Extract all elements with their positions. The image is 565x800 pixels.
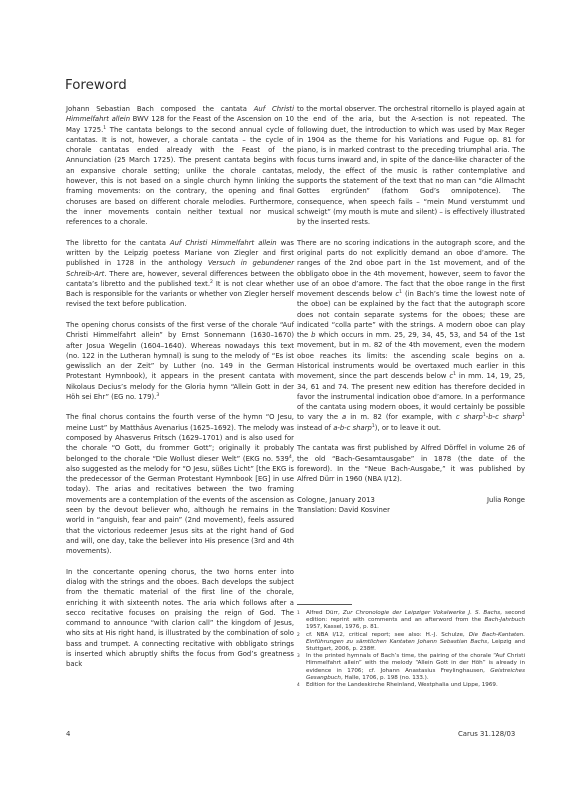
text: , Halle, 1706, p. 198 (no. 133.).: [341, 675, 429, 681]
footnote-number: 2: [297, 632, 300, 639]
text: instead of: [297, 424, 333, 432]
place-date: Cologne, January 2013: [297, 495, 375, 505]
text: in m. 82 (for example, with: [346, 413, 456, 421]
right-column: to the mortal observer. The orchestral r…: [297, 104, 525, 515]
note-name: a-b-c sharp: [333, 424, 372, 432]
text: Alfred Dürr,: [306, 610, 343, 616]
note-name: c sharp: [456, 413, 483, 421]
paragraph-mortal-observer: to the mortal observer. The orchestral r…: [297, 104, 525, 227]
author-name: Julia Ronge: [487, 495, 525, 505]
text: The cantata belongs to the second annual…: [66, 126, 294, 227]
footnote-number: 4: [297, 682, 300, 689]
note-name: -b-c sharp: [486, 413, 522, 421]
signature-line: Cologne, January 2013 Julia Ronge: [297, 495, 525, 505]
text: cf. NBA I/12, critical report; see also:…: [306, 632, 469, 638]
text: ), or to leave it out.: [375, 424, 441, 432]
text: 1957, Kassel, 1976, p. 81.: [306, 624, 379, 630]
journal-title: Bach-Jahrbuch: [484, 617, 525, 623]
left-column: Johann Sebastian Bach composed the canta…: [66, 104, 294, 670]
paragraph-publication: The cantata was first published by Alfre…: [297, 443, 525, 484]
catalog-number: Carus 31.128/03: [458, 730, 515, 738]
text: The final chorus contains the fourth ver…: [66, 413, 294, 462]
text: The libretto for the cantata: [66, 239, 170, 247]
footnotes: 1Alfred Dürr, Zur Chronologie der Leipzi…: [297, 610, 525, 689]
text: Edition for the Landeskirche Rheinland, …: [306, 682, 498, 688]
document-page: Foreword Johann Sebastian Bach composed …: [0, 0, 565, 800]
footnote-3: 3In the printed hymnals of Bach’s time, …: [297, 653, 525, 682]
book-title: Zur Chronologie der Leipziger Vokalwerke…: [343, 610, 500, 616]
footnote-2: 2cf. NBA I/12, critical report; see also…: [297, 632, 525, 654]
text: The opening chorus consists of the first…: [66, 321, 294, 401]
octave-mark: 1: [522, 414, 525, 419]
footnote-ref[interactable]: 3: [156, 393, 159, 398]
paragraph-intro: Johann Sebastian Bach composed the canta…: [66, 104, 294, 227]
footnote-number: 3: [297, 653, 300, 660]
paragraph-opening-chorus: The opening chorus consists of the first…: [66, 320, 294, 402]
footnote-number: 1: [297, 610, 300, 617]
page-title: Foreword: [65, 78, 127, 93]
translator-credit: Translation: David Kosviner: [297, 505, 525, 515]
text: Johann Sebastian Bach composed the canta…: [66, 105, 254, 113]
paragraph-final-chorus: The final chorus contains the fourth ver…: [66, 412, 294, 556]
page-number: 4: [66, 730, 70, 738]
text: , also suggested as the melody for “O Je…: [66, 455, 294, 556]
footnote-1: 1Alfred Dürr, Zur Chronologie der Leipzi…: [297, 610, 525, 632]
footnote-divider: [297, 604, 352, 605]
paragraph-scoring: There are no scoring indications in the …: [297, 238, 525, 433]
paragraph-libretto: The libretto for the cantata Auf Christi…: [66, 238, 294, 310]
footnote-4: 4Edition for the Landeskirche Rheinland,…: [297, 682, 525, 689]
work-title: Auf Christi Himmelfahrt allein: [170, 239, 277, 247]
paragraph-concertante: In the concertante opening chorus, the t…: [66, 567, 294, 670]
